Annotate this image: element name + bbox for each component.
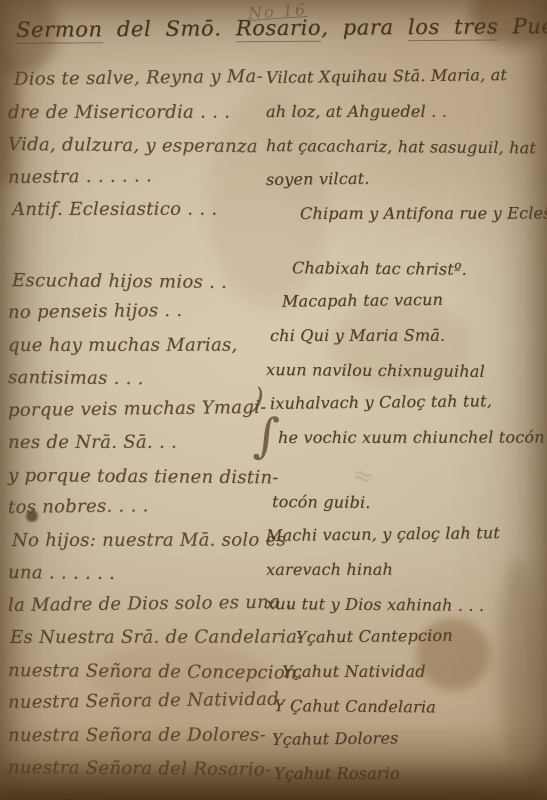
manuscript-line: Yçahut Cantepcion	[266, 621, 544, 658]
manuscript-line: nuestra . . . . . .	[8, 160, 266, 196]
manuscript-line: nuestra Señora del Rosario-	[8, 754, 266, 789]
title-fragment: Sermon	[16, 17, 103, 44]
title-fragment: del Smō.	[102, 16, 235, 41]
manuscript-line: Macapah tac vacun	[266, 285, 544, 322]
manuscript-line: tos nobres. . . .	[8, 491, 266, 527]
manuscript-line: dre de Misericordia . . .	[8, 98, 266, 131]
manuscript-line: Yçahut Rosario	[266, 760, 544, 794]
manuscript-line: Antif. Eclesiastico . . .	[8, 196, 266, 229]
manuscript-line: Yçahut Dolores	[266, 723, 544, 760]
right-column: Vilcat Xquihau Stā. Maria, atah loz, at …	[266, 64, 544, 794]
manuscript-page: No 16 Sermon del Smō. Rosario, para los …	[0, 0, 547, 800]
manuscript-line: Yçahut Natividad	[266, 658, 544, 692]
title-fragment: los tres	[408, 14, 498, 41]
manuscript-line: Dios te salve, Reyna y Ma-	[8, 63, 266, 99]
title-fragment: Rosario	[236, 16, 322, 43]
title-fragment: Pueblos	[498, 14, 547, 39]
manuscript-line: Chipam y Antifona rue y Ecleŝ.	[266, 200, 544, 234]
manuscript-line: nes de Nrā. Sā. . .	[8, 429, 266, 462]
manuscript-line: que hay muchas Marias,	[8, 331, 266, 364]
manuscript-line: chi Qui y Maria Smā.	[266, 322, 544, 356]
manuscript-line: porque veis muchas Ymagi-	[8, 393, 266, 429]
manuscript-line: ixuhalvach y Caloç tah tut,	[266, 387, 544, 424]
manuscript-line: nuestra Señora de Dolores-	[8, 721, 266, 754]
manuscript-line: nuestra Señora de Natividad.	[8, 686, 266, 722]
manuscript-line: he vochic xuum chiunchel tocón	[266, 424, 544, 458]
manuscript-line: la Madre de Dios solo es una .	[8, 588, 266, 624]
manuscript-line: ah loz, at Ahguedel . .	[266, 98, 544, 132]
manuscript-line: Machi vacun, y çaloç lah tut	[266, 519, 544, 556]
manuscript-line: xarevach hinah	[266, 556, 544, 590]
title-fragment: , para	[321, 15, 408, 40]
manuscript-line: no penseis hijos . .	[8, 296, 266, 332]
manuscript-line: Vilcat Xquihau Stā. Maria, at	[266, 61, 544, 98]
page-title: Sermon del Smō. Rosario, para los tres P…	[16, 14, 538, 42]
manuscript-line: No hijos: nuestra Mā. solo es	[8, 526, 266, 559]
left-column: Dios te salve, Reyna y Ma-dre de Miseric…	[8, 66, 266, 787]
manuscript-line: soyen vilcat.	[266, 163, 544, 200]
manuscript-line: Es Nuestra Srā. de Candelaria-	[8, 624, 266, 657]
